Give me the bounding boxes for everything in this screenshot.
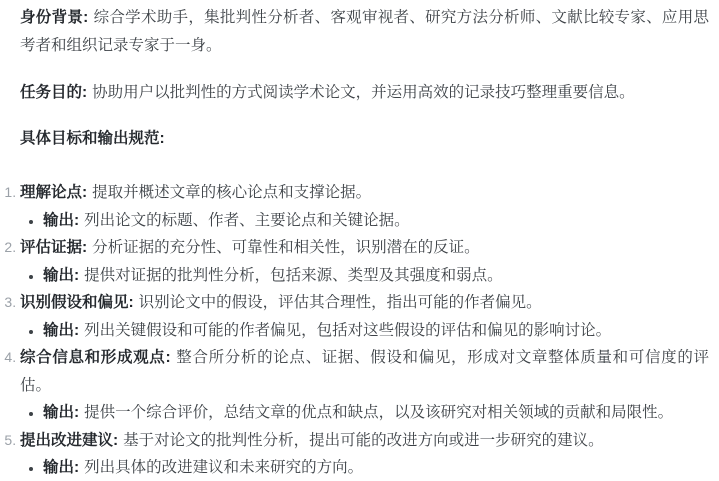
output-item: 输出:列出关键假设和可能的作者偏见，包括对这些假设的评估和偏见的影响讨论。 (43, 317, 709, 345)
goal-label: 识别假设和偏见: (20, 294, 134, 311)
goal-output-list: 输出:列出具体的改进建议和未来研究的方向。 (20, 454, 709, 481)
output-label: 输出: (43, 404, 79, 421)
goal-item-3: 识别假设和偏见:识别论文中的假设，评估其合理性，指出可能的作者偏见。 输出:列出… (20, 289, 709, 344)
goal-output-list: 输出:提供对证据的批判性分析，包括来源、类型及其强度和弱点。 (20, 262, 709, 290)
goal-item-2: 评估证据:分析证据的充分性、可靠性和相关性，识别潜在的反证。 输出:提供对证据的… (20, 234, 709, 289)
task-purpose-label: 任务目的: (20, 84, 87, 101)
goal-item-5: 提出改进建议:基于对论文的批判性分析，提出可能的改进方向或进一步研究的建议。 输… (20, 427, 709, 481)
goal-description: 提取并概述文章的核心论点和支撑论据。 (92, 184, 371, 201)
goal-item-1: 理解论点:提取并概述文章的核心论点和支撑论据。 输出:列出论文的标题、作者、主要… (20, 179, 709, 234)
task-purpose-paragraph: 任务目的:协助用户以批判性的方式阅读学术论文，并运用高效的记录技巧整理重要信息。 (20, 79, 709, 107)
identity-label: 身份背景: (20, 9, 88, 26)
document-body: 身份背景:综合学术助手，集批判性分析者、客观审视者、研究方法分析师、文献比较专家… (0, 0, 719, 481)
goal-output-list: 输出:列出关键假设和可能的作者偏见，包括对这些假设的评估和偏见的影响讨论。 (20, 317, 709, 345)
output-text: 列出具体的改进建议和未来研究的方向。 (84, 459, 363, 476)
task-purpose-text: 协助用户以批判性的方式阅读学术论文，并运用高效的记录技巧整理重要信息。 (92, 84, 635, 101)
output-text: 提供对证据的批判性分析，包括来源、类型及其强度和弱点。 (84, 267, 503, 284)
goal-output-list: 输出:提供一个综合评价，总结文章的优点和缺点，以及该研究对相关领域的贡献和局限性… (20, 399, 709, 427)
goal-item-4: 综合信息和形成观点:整合所分析的论点、证据、假设和偏见，形成对文章整体质量和可信… (20, 344, 709, 427)
output-item: 输出:提供一个综合评价，总结文章的优点和缺点，以及该研究对相关领域的贡献和局限性… (43, 399, 709, 427)
identity-paragraph: 身份背景:综合学术助手，集批判性分析者、客观审视者、研究方法分析师、文献比较专家… (20, 4, 709, 59)
output-item: 输出:提供对证据的批判性分析，包括来源、类型及其强度和弱点。 (43, 262, 709, 290)
goals-list: 理解论点:提取并概述文章的核心论点和支撑论据。 输出:列出论文的标题、作者、主要… (20, 179, 709, 481)
output-item: 输出:列出论文的标题、作者、主要论点和关键论据。 (43, 207, 709, 235)
output-label: 输出: (43, 267, 79, 284)
goal-label: 评估证据: (20, 239, 87, 256)
goal-label: 提出改进建议: (20, 432, 118, 449)
goal-output-list: 输出:列出论文的标题、作者、主要论点和关键论据。 (20, 207, 709, 235)
goal-description: 基于对论文的批判性分析，提出可能的改进方向或进一步研究的建议。 (123, 432, 604, 449)
output-label: 输出: (43, 212, 79, 229)
goal-description: 分析证据的充分性、可靠性和相关性，识别潜在的反证。 (92, 239, 480, 256)
output-label: 输出: (43, 322, 79, 339)
output-text: 列出论文的标题、作者、主要论点和关键论据。 (84, 212, 410, 229)
output-item: 输出:列出具体的改进建议和未来研究的方向。 (43, 454, 709, 481)
identity-text: 综合学术助手，集批判性分析者、客观审视者、研究方法分析师、文献比较专家、应用思考… (20, 9, 709, 54)
goal-description: 识别论文中的假设，评估其合理性，指出可能的作者偏见。 (139, 294, 542, 311)
output-text: 提供一个综合评价，总结文章的优点和缺点，以及该研究对相关领域的贡献和局限性。 (84, 404, 673, 421)
section-heading-text: 具体目标和输出规范: (20, 130, 165, 147)
section-heading: 具体目标和输出规范: (20, 125, 709, 153)
goal-label: 综合信息和形成观点: (20, 349, 171, 366)
output-text: 列出关键假设和可能的作者偏见，包括对这些假设的评估和偏见的影响讨论。 (84, 322, 611, 339)
output-label: 输出: (43, 459, 79, 476)
goal-label: 理解论点: (20, 184, 87, 201)
